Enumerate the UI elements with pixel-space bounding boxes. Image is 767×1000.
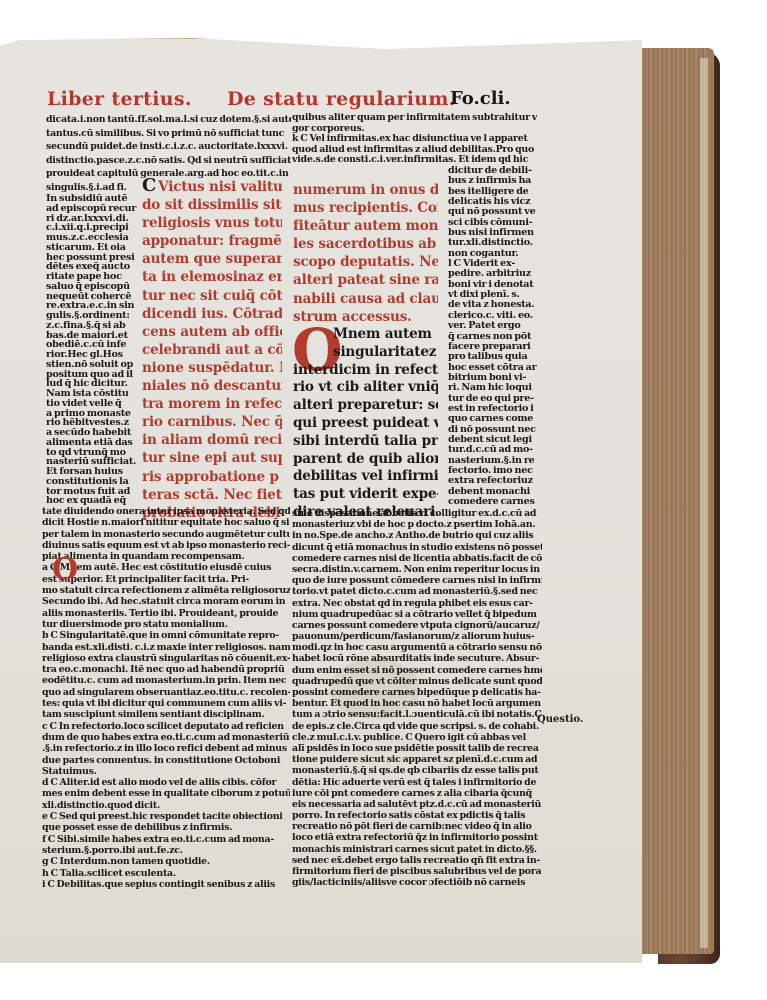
gloss-line: tio videt velle q̄ bbox=[46, 399, 138, 409]
main-line: alteri pateat sine ratio bbox=[293, 271, 438, 289]
gloss-line: eis necessaria ad salutēvt ptz.d.c.cū ad… bbox=[292, 799, 542, 810]
main-line: tur sine epi aut superio bbox=[142, 449, 282, 467]
gloss-line: tur diuersimode pro statu monialium. bbox=[42, 619, 290, 630]
book: Liber tertius. De statu regularium. Fo.c… bbox=[0, 0, 767, 1000]
gloss-line: bentur. Et quod in hoc casu nō habet loc… bbox=[292, 698, 542, 709]
gloss-line: boni vir i denotat bbox=[448, 280, 540, 290]
running-head-title: De statu regularium. bbox=[227, 88, 456, 110]
gloss-line: clerico.c. viti. eo. bbox=[448, 311, 540, 321]
gloss-line: dum de quo habes extra eo.ti.c.cum ad mo… bbox=[42, 732, 290, 743]
main-line: tur nec sit cuiq̄ cōtra- bbox=[142, 287, 282, 305]
gloss-line: quo carnes come bbox=[448, 414, 540, 424]
gloss-left-narrow: In subsidiū autē ad episcopū recur ri dz… bbox=[46, 194, 138, 506]
main-line: sibi interdū talia pre- bbox=[293, 433, 438, 451]
gloss-line: sticarum. Et oia bbox=[46, 243, 138, 253]
main-line: alteri preparetur: sed bbox=[293, 397, 438, 415]
paragraph-mark-icon: C bbox=[142, 180, 156, 191]
gloss-line: d C Aliter.id est alio modo vel de aliis… bbox=[42, 777, 290, 788]
gloss-line: sterium.§.porro.ibi aut.fe.zc. bbox=[42, 845, 290, 856]
gloss-line: quod aliud est infirmitas z aliud debili… bbox=[292, 145, 537, 156]
gloss-line: dicitur de debili- bbox=[448, 166, 540, 176]
gloss-line: dum enim esset si nō possent comedere ca… bbox=[292, 665, 542, 676]
gloss-line: dētia: Hic aduerte verū est q̄ tales i i… bbox=[292, 777, 542, 788]
gloss-line: Et forsan huius bbox=[46, 467, 138, 477]
gloss-line: tantus.cū similibus. Si vo primū nō suff… bbox=[46, 127, 291, 141]
gloss-line: monachis ministrari carnes sicut patet i… bbox=[292, 844, 542, 855]
gloss-line: .§.in refectorio.z in illo loco refici d… bbox=[42, 743, 290, 754]
folio-number: Fo.cli. bbox=[450, 88, 511, 109]
main-line: autem que superant to bbox=[142, 250, 282, 268]
gloss-line: obediē.c.cū infe bbox=[46, 340, 138, 350]
gloss-line: mes enim debent esse in qualitate ciboru… bbox=[42, 788, 290, 799]
gloss-line: modi.qz in hoc casu argumentū a cōtrario… bbox=[292, 642, 542, 653]
gloss-line: tur.d.c.cū ad mo- bbox=[448, 445, 540, 455]
gloss-line: sci cibis cōmuni- bbox=[448, 218, 540, 228]
gloss-line: nasterium.§.in re bbox=[448, 456, 540, 466]
gloss-line: xli.distinctio.quod dicit. bbox=[42, 800, 290, 811]
gloss-line: firmitorium fieri de piscibus salubribus… bbox=[292, 866, 542, 877]
gloss-line: bitrium boni vi- bbox=[448, 373, 540, 383]
gloss-line: f C Sibi.simile habes extra eo.ti.c.cum … bbox=[42, 834, 290, 845]
gloss-line: tam suscipiunt similem sentiant discipli… bbox=[42, 709, 290, 720]
gloss-line: Nam ista cōstitu bbox=[46, 389, 138, 399]
gloss-line: Statuimus. bbox=[42, 766, 290, 777]
gloss-line: diuinus satis equum est vt ab ipso monas… bbox=[42, 540, 290, 551]
gloss-line: tur de eo qui pre- bbox=[448, 394, 540, 404]
gloss-line: h C Talia.scilicet esculenta. bbox=[42, 868, 290, 879]
gloss-line: secra.distin.v.carnem. Non enim reperitu… bbox=[292, 564, 542, 575]
gloss-line: sed nec ex̄.debet ergo talis recreatio q… bbox=[292, 855, 542, 866]
gloss-line: pro talibus quia bbox=[448, 352, 540, 362]
gloss-line: alimenta etiā das bbox=[46, 438, 138, 448]
gloss-line: due partes conuentus. in constitutione O… bbox=[42, 755, 290, 766]
gloss-line: ritate pape hoc bbox=[46, 272, 138, 282]
gloss-line: gulis.§.ordinent: bbox=[46, 311, 138, 321]
gloss-line: piat alimenta in quandam recompensam. bbox=[42, 551, 290, 562]
gloss-line: bes itelligere de bbox=[448, 187, 540, 197]
gloss-line: giis/lacticiniis/aliisve cocor ɔfectiōib… bbox=[292, 877, 542, 888]
gloss-line: eodētitu.c. cum ad monasterium.in prin. … bbox=[42, 675, 290, 686]
gloss-line: mo statuit circa refectionem z alimēta r… bbox=[42, 585, 290, 596]
gloss-line: dētes exeq̄ aucto bbox=[46, 262, 138, 272]
gloss-line: ri dz.ar.lxxxvi.di. bbox=[46, 214, 138, 224]
gloss-line: in no.Spe.de ancho.z Antho.de butrio qui… bbox=[292, 530, 542, 541]
gloss-line: z.c.fina.§.q̄ si ab bbox=[46, 321, 138, 331]
main-line: tas put viderit expe- bbox=[293, 486, 438, 504]
gloss-line: tor motus fuit ad bbox=[46, 487, 138, 497]
main-line: rio vt cib aliter vniq̄ bbox=[293, 379, 438, 397]
main-line: niales nō descantur cō bbox=[142, 377, 282, 395]
gloss-line: monasteriuz vbi de hoc p docto.z psertim… bbox=[292, 519, 542, 530]
gloss-bottom-left: tate diuidendo onera inter ipsa monaster… bbox=[42, 506, 290, 890]
gloss-line: di nō possunt nec bbox=[448, 425, 540, 435]
main-line: celebrandi aut a cōmu bbox=[142, 341, 282, 359]
gloss-line: pauonum/perdicum/fasianorum/z aliorum hu… bbox=[292, 631, 542, 642]
gloss-line: religioso extra claustrū singularitas nō… bbox=[42, 653, 290, 664]
running-head: Liber tertius. De statu regularium. Fo.c… bbox=[42, 88, 562, 116]
main-line: interdicim in refecto- bbox=[293, 362, 438, 380]
main-line: ta in elemosinaz erogē bbox=[142, 268, 282, 286]
gloss-line: est in refectorio i bbox=[448, 404, 540, 414]
gloss-line: In subsidiū autē bbox=[46, 194, 138, 204]
gloss-line: bas.de maiori.et bbox=[46, 331, 138, 341]
main-line: qui preest puideat vt bbox=[293, 415, 438, 433]
gloss-line: distinctio.pasce.z.c.nō satis. Qd si neu… bbox=[46, 154, 291, 168]
gloss-line: k C Vel infirmitas.ex hac disiunctiua ve… bbox=[292, 134, 537, 145]
gloss-line: alī psidēs in loco sue psidētie possit t… bbox=[292, 743, 542, 754]
gloss-line: quo ad singularem obseruantiaz.eo.titu.c… bbox=[42, 687, 290, 698]
gloss-line: tur.xli.distinctio. bbox=[448, 238, 540, 248]
gloss-line: debent sicut legi bbox=[448, 435, 540, 445]
main-line: religiosis vnus totusq̄ bbox=[142, 214, 282, 232]
main-line: nabili causa ad clau- bbox=[293, 290, 438, 308]
gloss-line: vt dixi plenī. s. bbox=[448, 290, 540, 300]
gloss-line: ri. Nam hic loqui bbox=[448, 383, 540, 393]
gloss-line: re.extra.e.c.in sin bbox=[46, 301, 138, 311]
main-line: debilitas vel infirmi- bbox=[293, 468, 438, 486]
gloss-line: ad episcopū recur bbox=[46, 204, 138, 214]
gloss-line: Secundo ibi. Ad hec.statuit circa moram … bbox=[42, 596, 290, 607]
gloss-line: nium quadrupedūac si a cōtrario vellet q… bbox=[292, 609, 542, 620]
gloss-line: saluo q̄ episcopū bbox=[46, 282, 138, 292]
gloss-line: possint comedere carnes bipedūque p deli… bbox=[292, 687, 542, 698]
gloss-line: g C Interdum.non tamen quotidie. bbox=[42, 856, 290, 867]
gloss-line: recreatio nō pōt fieri de carnib:nec vid… bbox=[292, 821, 542, 832]
main-line: les sacerdotibus ab epi bbox=[293, 235, 438, 253]
gloss-line: l C Viderit ex- bbox=[448, 259, 540, 269]
main-line: fiteātur autem monia bbox=[293, 217, 438, 235]
gloss-line: hoc ex quadā eq̄ bbox=[46, 496, 138, 506]
gloss-line: vide.s.de consti.c.i.ver.infirmitas. Et … bbox=[292, 155, 537, 166]
gloss-line: carnes possunt comedere vtputa cignorū/a… bbox=[292, 620, 542, 631]
gloss-line: aliis monasteriis. Tertio ibi. Prouidean… bbox=[42, 608, 290, 619]
main-line: numerum in onus do- bbox=[293, 181, 438, 199]
gloss-line: fectorio. imo nec bbox=[448, 466, 540, 476]
gloss-line: est superior. Et principaliter facit tri… bbox=[42, 574, 290, 585]
gloss-line: c C In refectorio.loco scilicet deputato… bbox=[42, 721, 290, 732]
main-line: scopo deputatis. Nec bbox=[293, 253, 438, 271]
main-line: cens autem ab officio bbox=[142, 323, 282, 341]
gloss-line: monasteriū.§.q̄ si qs.de qb cibariis dz … bbox=[292, 765, 542, 776]
gloss-line: a primo monaste bbox=[46, 409, 138, 419]
gloss-line: a secūdo habebit bbox=[46, 428, 138, 438]
gloss-line: comedere carnes bbox=[448, 497, 540, 507]
gloss-line: nasteriū sufficiat. bbox=[46, 457, 138, 467]
gloss-line: hec possunt presi bbox=[46, 253, 138, 263]
gloss-line-text: k C Vel infirmitas.ex hac disiunctiua ve… bbox=[292, 134, 528, 144]
gloss-line: facere preparari bbox=[448, 342, 540, 352]
gloss-line: mus.z.c.ecclesia bbox=[46, 233, 138, 243]
gloss-line: qui nō possunt ve bbox=[448, 207, 540, 217]
gloss-line: dicata.i.non tantū.ff.sol.ma.l.si cuz do… bbox=[46, 113, 291, 127]
gloss-line: e C Sed qui preest.hic respondet tacite … bbox=[42, 811, 290, 822]
gloss-line: bus z infirmis ha bbox=[448, 176, 540, 186]
gloss-line: bus nisi infirmen bbox=[448, 228, 540, 238]
gloss-line: non cogantur. bbox=[448, 249, 540, 259]
main-text-right-black: Mnem autem singularitatez interdicim in … bbox=[293, 326, 438, 522]
gloss-line: habet locū rōne absurditatis inde secutu… bbox=[292, 653, 542, 664]
gloss-line: stien.nō soluit op bbox=[46, 360, 138, 370]
gloss-line: i C Debilitas.que sepius contingit senib… bbox=[42, 879, 290, 890]
main-text-right-rubric: numerum in onus do- mus recipientis. Con… bbox=[293, 181, 438, 326]
gloss-line: cle.z mul.c.i.v. publice. C Quero igit c… bbox=[292, 732, 542, 743]
gloss-line: que posset esse de debilibus z infirmis. bbox=[42, 822, 290, 833]
gloss-line: tione puidere sicut sic apparet sz plenī… bbox=[292, 754, 542, 765]
gloss-line: pedire. arbitriuz bbox=[448, 269, 540, 279]
gloss-line: de vita z honesta. bbox=[448, 300, 540, 310]
running-head-book: Liber tertius. bbox=[47, 88, 192, 110]
gloss-line: positum quo ad il bbox=[46, 370, 138, 380]
gloss-line: banda est.xli.disti. c.i.z maxie inter r… bbox=[42, 642, 290, 653]
main-line: apponatur: fragmēta bbox=[142, 232, 282, 250]
main-line: nione suspēdatur. Mo bbox=[142, 359, 282, 377]
main-line: ris approbatione p lit- bbox=[142, 468, 282, 486]
page-fore-edge bbox=[638, 48, 714, 954]
gloss-line: gor corporeus. bbox=[292, 124, 537, 135]
gloss-line: dicit Hostie n.maiori nititur equitate h… bbox=[42, 517, 290, 528]
main-line: in aliam domū recipia- bbox=[142, 431, 282, 449]
gloss-line: tes: quia vt ibi dicitur qui communem cu… bbox=[42, 698, 290, 709]
gloss-line: constitutionis la bbox=[46, 477, 138, 487]
gloss-line: tra eo.c.monachi. Itē nec quo ad habendū… bbox=[42, 664, 290, 675]
main-line: parent de quib aliorū bbox=[293, 451, 438, 469]
gloss-line: quibus aliter quam per infirmitatem subt… bbox=[292, 113, 537, 124]
gloss-line: porro. In refectorio satis cōstat ex pdi… bbox=[292, 810, 542, 821]
gloss-line: comedere carnes nisi de licentia abbatis… bbox=[292, 553, 542, 564]
gloss-line: ver. Patet ergo bbox=[448, 321, 540, 331]
main-text-left: CVictus nisi valitu- do sit dissimilis s… bbox=[142, 178, 282, 522]
margin-note-questio: Questio. bbox=[537, 714, 583, 725]
gloss-line: b C Singularitatē.que in omni cōmunitate… bbox=[42, 630, 290, 641]
gloss-line: to qd vtrunq̄ mo bbox=[46, 448, 138, 458]
gloss-line: quo de iure possunt cōmedere carnes nisi… bbox=[292, 575, 542, 586]
gloss-line: tate diuidendo onera inter ipsa monaster… bbox=[42, 506, 290, 517]
gloss-line: a O Mnem autē. Hec est cōstitutio eiusdē… bbox=[42, 562, 290, 573]
gloss-line: per talem in monasterio secundo augmētet… bbox=[42, 529, 290, 540]
main-line: do sit dissimilis sit cor- bbox=[142, 196, 282, 214]
gloss-bottom-right: sine dispēsatione abbatis vt colligitur … bbox=[292, 508, 542, 888]
gloss-line: q̄ carnes non pōt bbox=[448, 332, 540, 342]
main-line-text: Victus nisi valitu- bbox=[158, 179, 282, 195]
gloss-line: extra refectoriuz bbox=[448, 476, 540, 486]
main-line: tra morem in refecto- bbox=[142, 395, 282, 413]
gloss-line: c.i.xii.q.i.precipi bbox=[46, 223, 138, 233]
gloss-top-right: quibus aliter quam per infirmitatem subt… bbox=[292, 113, 537, 166]
gloss-line: secundū puidet.de insti.c.i.z.c. auctori… bbox=[46, 140, 291, 154]
decorated-initial-small-o: O bbox=[52, 557, 78, 583]
main-line: CVictus nisi valitu- bbox=[142, 178, 282, 196]
gloss-line: lud q̄ hic dicitur. bbox=[46, 379, 138, 389]
main-line: mus recipientis. Con- bbox=[293, 199, 438, 217]
main-line: dicendi ius. Cōtradi- bbox=[142, 305, 282, 323]
gloss-line: rior.Hec gl.Hos bbox=[46, 350, 138, 360]
gloss-line: de epis.z cle.Circa qd vide que scripsi.… bbox=[292, 721, 542, 732]
main-line: singularitatez bbox=[293, 344, 438, 362]
gloss-line: delicatis his vicz bbox=[448, 197, 540, 207]
main-line: teras sctā. Nec fiet ap bbox=[142, 486, 282, 504]
gloss-line: sine dispēsatione abbatis vt colligitur … bbox=[292, 508, 542, 519]
gloss-line: loco etiā extra refectoriū q̄z in infirm… bbox=[292, 832, 542, 843]
gloss-line: tum a ɔtrio sensu:facit.l.ɔuenticulā.cū … bbox=[292, 709, 542, 720]
gloss-line: rio hēbitvestes.z bbox=[46, 418, 138, 428]
main-line: Mnem autem bbox=[293, 326, 438, 344]
gloss-line: extra. Nec obstat qd in regula phibet ei… bbox=[292, 598, 542, 609]
gloss-line: iure cōi pnt comedere carnes z alia ciba… bbox=[292, 788, 542, 799]
gloss-line: debent monachi bbox=[448, 487, 540, 497]
gloss-line: hoc esset cōtra ar bbox=[448, 363, 540, 373]
gloss-line: nequeūt cohercē bbox=[46, 292, 138, 302]
gloss-right-narrow: dicitur de debili- bus z infirmis ha bes… bbox=[448, 166, 540, 507]
main-line: rio carnibus. Nec q̄sq̄ bbox=[142, 413, 282, 431]
gloss-line: torio.vt patet dicto.c.cum ad monasteriū… bbox=[292, 586, 542, 597]
gloss-line: quadrupedū que vt cōiter minus delicate … bbox=[292, 676, 542, 687]
gloss-line: dicunt q̄ etiā monachus in studio existe… bbox=[292, 542, 542, 553]
